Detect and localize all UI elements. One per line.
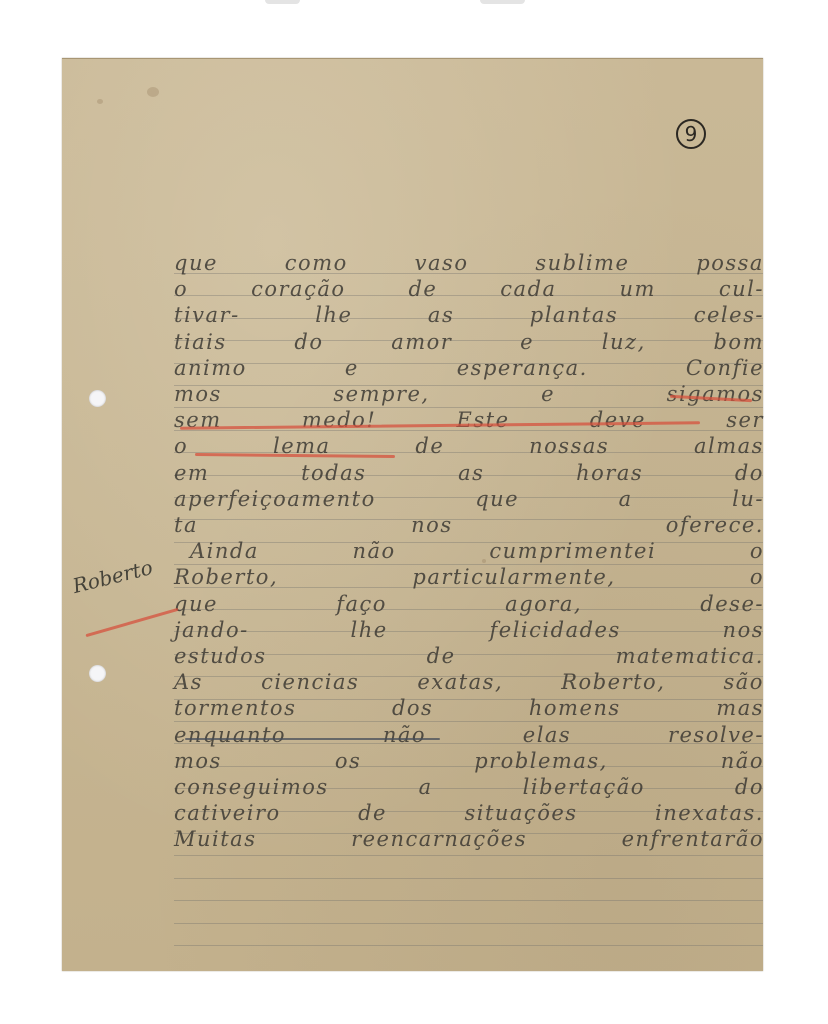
handwritten-line: emtodasashorasdo — [174, 459, 764, 485]
handwritten-word: situações — [464, 801, 577, 825]
handwritten-word: o — [174, 434, 188, 458]
handwritten-word: de — [415, 434, 444, 458]
margin-note-text: Roberto — [70, 555, 155, 598]
punch-hole-bottom — [89, 665, 106, 682]
paper-stain — [97, 99, 103, 104]
handwritten-word: as — [428, 303, 454, 327]
ruled-line — [174, 945, 763, 946]
handwritten-line: conseguimosalibertaçãodo — [174, 773, 764, 799]
handwritten-word: do — [735, 461, 764, 485]
handwritten-word: cul- — [719, 277, 764, 301]
ruled-line — [174, 900, 763, 901]
handwritten-word: e — [520, 330, 534, 354]
handwritten-word: estudos — [174, 644, 267, 668]
handwritten-word: esperança. — [457, 356, 588, 380]
handwritten-word: animo — [174, 356, 247, 380]
red-underline-margin-roberto — [85, 608, 178, 637]
handwritten-line: mossempre,esigamos — [174, 380, 764, 406]
punch-hole-top — [89, 390, 106, 407]
handwritten-word: horas — [576, 461, 643, 485]
handwritten-word: faço — [336, 592, 387, 616]
handwritten-word: luz, — [602, 330, 646, 354]
handwritten-line: tanosoferece. — [174, 511, 764, 537]
handwritten-word: não — [721, 749, 764, 773]
handwritten-word: elas — [523, 723, 571, 747]
handwritten-word: sigamos — [667, 382, 764, 406]
handwritten-word: amor — [391, 330, 452, 354]
handwritten-line: quecomovasosublimepossa — [174, 249, 764, 275]
handwritten-word: vaso — [415, 251, 469, 275]
handwritten-word: possa — [696, 251, 764, 275]
handwritten-word: são — [724, 670, 764, 694]
handwritten-word: dos — [392, 696, 433, 720]
handwritten-word: tivar- — [174, 303, 240, 327]
handwritten-word: e — [541, 382, 555, 406]
handwritten-word: ciencias — [261, 670, 359, 694]
handwritten-word: e — [345, 356, 359, 380]
handwritten-word: ser — [726, 408, 764, 432]
handwritten-word: plantas — [530, 303, 618, 327]
handwritten-word: Ainda — [190, 539, 259, 563]
handwritten-word: coração — [251, 277, 345, 301]
handwritten-word: deve — [590, 408, 646, 432]
manuscript-page: 9 quecomovasosublimepossaocoraçãodecadau… — [62, 58, 763, 971]
handwritten-word: particularmente, — [412, 565, 615, 589]
handwritten-word: lhe — [351, 618, 388, 642]
handwritten-word: As — [174, 670, 203, 694]
handwritten-line: Muitasreencarnaçõesenfrentarão — [174, 825, 764, 851]
handwritten-word: tiais — [174, 330, 227, 354]
handwritten-word: felicidades — [490, 618, 621, 642]
handwritten-word: a — [619, 487, 633, 511]
handwritten-word: resolve- — [668, 723, 764, 747]
handwritten-word: todas — [301, 461, 366, 485]
handwritten-word: matematica. — [616, 644, 764, 668]
handwritten-word: cativeiro — [174, 801, 281, 825]
handwritten-word: aperfeiçoamento — [174, 487, 376, 511]
handwritten-word: que — [475, 487, 519, 511]
handwritten-word: do — [735, 775, 764, 799]
handwritten-word: de — [427, 644, 456, 668]
handwritten-word: exatas, — [417, 670, 503, 694]
handwritten-line: Roberto,particularmente,o — [174, 563, 764, 589]
ruled-line — [174, 855, 763, 856]
handwritten-word: o — [174, 277, 188, 301]
handwritten-line: ocoraçãodecadaumcul- — [174, 275, 764, 301]
handwritten-word: enquanto — [174, 723, 286, 747]
handwritten-line: Ascienciasexatas,Roberto,são — [174, 668, 764, 694]
page-number-badge: 9 — [676, 119, 706, 149]
handwritten-word: bom — [713, 330, 764, 354]
handwritten-word: não — [383, 723, 426, 747]
handwritten-word: sempre, — [333, 382, 429, 406]
page-number-text: 9 — [685, 122, 698, 146]
handwritten-line: tiaisdoamoreluz,bom — [174, 328, 764, 354]
handwritten-word: que — [174, 251, 218, 275]
handwritten-word: libertação — [523, 775, 645, 799]
handwritten-word: lhe — [315, 303, 352, 327]
handwritten-word: mas — [716, 696, 764, 720]
handwritten-word: de — [358, 801, 387, 825]
handwritten-word: oferece. — [666, 513, 764, 537]
paper-stain — [147, 87, 159, 97]
handwritten-word: problemas, — [474, 749, 608, 773]
handwritten-word: medo! — [302, 408, 376, 432]
handwritten-word: reencarnações — [351, 827, 527, 851]
scan-edge-mark — [265, 0, 300, 4]
handwritten-line: tivar-lheasplantasceles- — [174, 301, 764, 327]
handwritten-line: quefaçoagora,dese- — [174, 590, 764, 616]
handwritten-word: homens — [529, 696, 621, 720]
handwritten-word: o — [750, 565, 764, 589]
handwritten-word: o — [750, 539, 764, 563]
handwritten-word: Roberto, — [561, 670, 665, 694]
handwritten-word: os — [335, 749, 361, 773]
handwritten-line: animoeesperança.Confie — [174, 354, 764, 380]
handwritten-word: lu- — [732, 487, 764, 511]
handwritten-word: agora, — [505, 592, 582, 616]
handwritten-line: enquantonãoelasresolve- — [174, 721, 764, 747]
handwritten-word: Muitas — [174, 827, 256, 851]
ruled-line — [174, 923, 763, 924]
handwritten-word: Confie — [686, 356, 764, 380]
handwritten-word: celes- — [694, 303, 764, 327]
handwritten-word: dese- — [700, 592, 764, 616]
handwritten-word: a — [419, 775, 433, 799]
handwritten-line: aperfeiçoamentoquealu- — [174, 485, 764, 511]
margin-note-roberto: Roberto — [70, 555, 155, 598]
handwritten-word: cada — [500, 277, 556, 301]
handwritten-line: estudosdematematica. — [174, 642, 764, 668]
handwritten-line: Aindanãocumprimenteio — [174, 537, 764, 563]
handwritten-word: Este — [457, 408, 510, 432]
handwritten-word: tormentos — [174, 696, 296, 720]
handwritten-word: não — [353, 539, 396, 563]
handwritten-line: jando-lhefelicidadesnos — [174, 616, 764, 642]
handwritten-line: cativeirodesituaçõesinexatas. — [174, 799, 764, 825]
handwritten-word: Roberto, — [174, 565, 278, 589]
handwritten-word: ta — [174, 513, 198, 537]
blue-underline-ciencias-exatas — [185, 738, 440, 740]
handwritten-word: mos — [174, 749, 222, 773]
handwritten-word: enfrentarão — [622, 827, 764, 851]
handwritten-line: tormentosdoshomensmas — [174, 694, 764, 720]
handwritten-word: conseguimos — [174, 775, 329, 799]
handwritten-word: almas — [694, 434, 764, 458]
handwritten-line: mososproblemas,não — [174, 747, 764, 773]
handwritten-word: as — [458, 461, 484, 485]
handwritten-word: em — [174, 461, 209, 485]
handwritten-word: de — [408, 277, 437, 301]
ruled-line — [174, 878, 763, 879]
handwritten-word: como — [285, 251, 348, 275]
handwritten-word: cumprimentei — [489, 539, 656, 563]
handwritten-word: sublime — [535, 251, 629, 275]
handwritten-word: inexatas. — [655, 801, 764, 825]
handwritten-word: do — [294, 330, 323, 354]
handwritten-word: jando- — [174, 618, 249, 642]
handwritten-word: nos — [723, 618, 764, 642]
handwritten-word: que — [174, 592, 218, 616]
handwritten-word: mos — [174, 382, 222, 406]
handwritten-word: nos — [411, 513, 452, 537]
scan-edge-mark — [480, 0, 525, 4]
handwritten-word: um — [619, 277, 655, 301]
handwritten-word: nossas — [529, 434, 609, 458]
